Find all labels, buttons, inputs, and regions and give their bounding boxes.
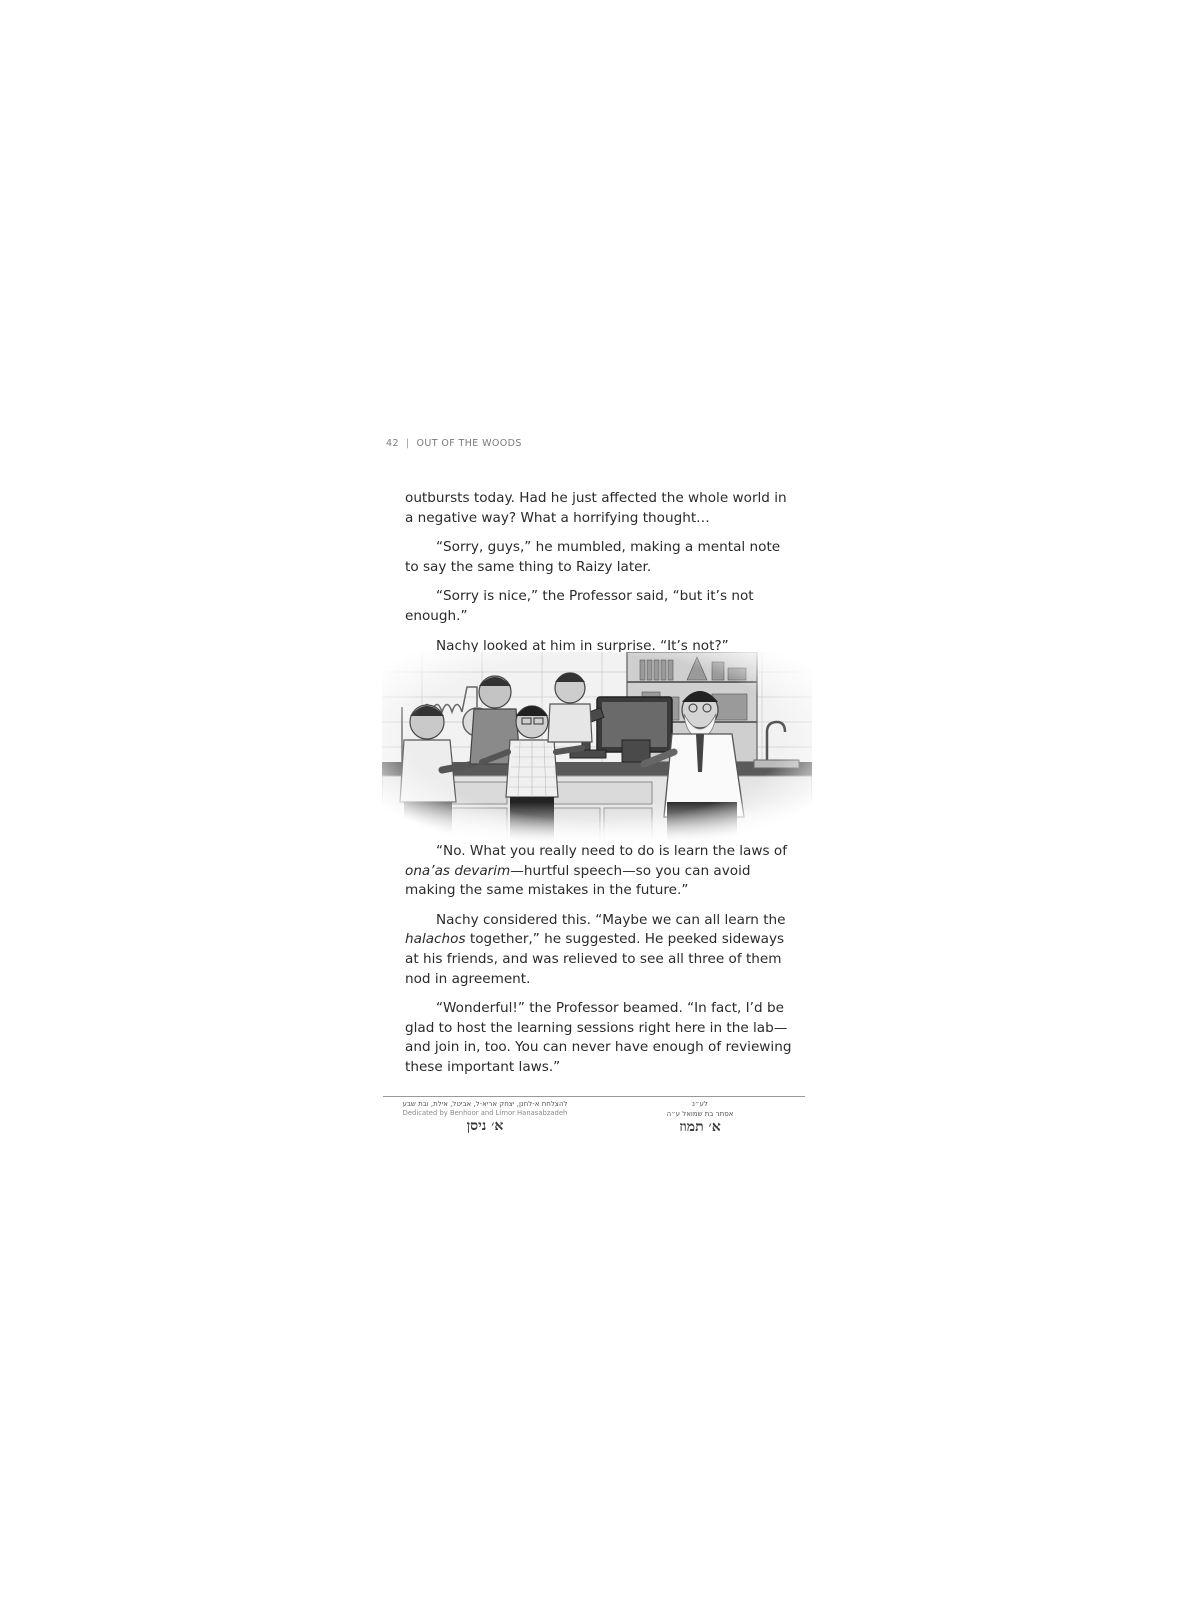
running-header: 42|OUT OF THE WOODS — [386, 438, 522, 449]
footer-divider — [383, 1096, 805, 1097]
dedication-left: להצלחת א-לחנן, יצחק אריא-ל, אביטל, אילת,… — [385, 1099, 585, 1134]
book-page: 42|OUT OF THE WOODS outbursts today. Had… — [0, 0, 1200, 1600]
paragraph: outbursts today. Had he just affected th… — [405, 489, 795, 528]
page-number: 42 — [386, 438, 399, 449]
paragraph: “No. What you really need to do is learn… — [405, 842, 795, 901]
header-separator: | — [406, 438, 410, 449]
paragraph: “Wonderful!” the Professor beamed. “In f… — [405, 999, 795, 1077]
paragraph: Nachy considered this. “Maybe we can all… — [405, 911, 795, 989]
dedication-hebrew: להצלחת א-לחנן, יצחק אריא-ל, אביטל, אילת,… — [385, 1099, 585, 1109]
hebrew-date: א׳ תמוז — [620, 1119, 780, 1135]
body-text-top: outbursts today. Had he just affected th… — [405, 489, 795, 666]
memorial-name: אסתר בת שמואל ע״ה — [620, 1109, 780, 1119]
memorial-abbrev: לע״נ — [620, 1099, 780, 1109]
italic-term: halachos — [405, 931, 466, 947]
lab-scene-image — [382, 652, 812, 842]
hebrew-date: א׳ ניסן — [385, 1118, 585, 1134]
lab-illustration — [382, 652, 812, 842]
italic-term: ona’as devarim — [405, 863, 510, 879]
paragraph: “Sorry, guys,” he mumbled, making a ment… — [405, 538, 795, 577]
dedication-english: Dedicated by Benhoor and Limor Hanasabza… — [385, 1109, 585, 1118]
dedication-right: לע״נ אסתר בת שמואל ע״ה א׳ תמוז — [620, 1099, 780, 1135]
book-title: OUT OF THE WOODS — [417, 438, 522, 449]
paragraph: “Sorry is nice,” the Professor said, “bu… — [405, 587, 795, 626]
body-text-bottom: “No. What you really need to do is learn… — [405, 842, 795, 1088]
